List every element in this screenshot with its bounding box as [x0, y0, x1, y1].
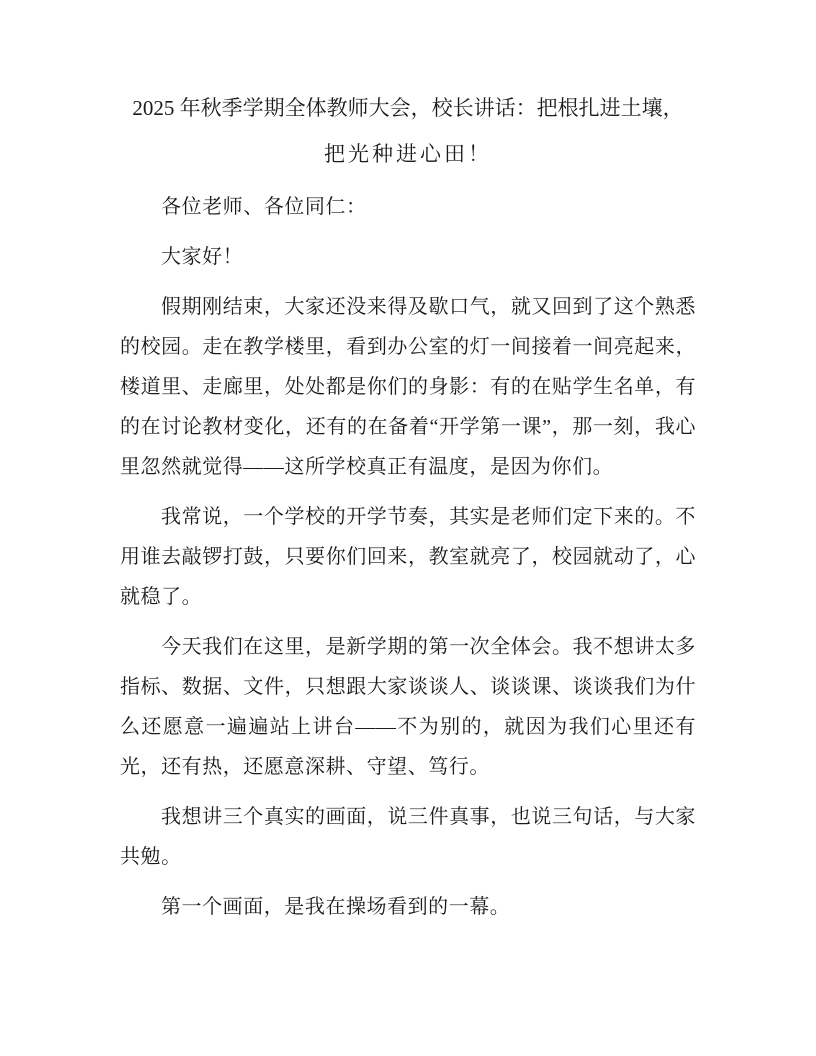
salutation-paragraph: 各位老师、各位同仁：: [120, 187, 696, 227]
document-page: 2025 年秋季学期全体教师大会，校长讲话：把根扎进土壤， 把光种进心田！ 各位…: [120, 0, 696, 927]
body-paragraph-campus-scene: 假期刚结束，大家还没来得及歇口气，就又回到了这个熟悉的校园。走在教学楼里，看到办…: [120, 287, 696, 487]
body-paragraph-school-rhythm: 我常说，一个学校的开学节奏，其实是老师们定下来的。不用谁去敲锣打鼓，只要你们回来…: [120, 497, 696, 617]
body-paragraph-meeting-purpose: 今天我们在这里，是新学期的第一次全体会。我不想讲太多指标、数据、文件，只想跟大家…: [120, 627, 696, 787]
greeting-paragraph: 大家好！: [120, 237, 696, 277]
document-title: 2025 年秋季学期全体教师大会，校长讲话：把根扎进土壤， 把光种进心田！: [120, 85, 696, 177]
document-title-line-1: 2025 年秋季学期全体教师大会，校长讲话：把根扎进土壤，: [120, 85, 696, 131]
body-paragraph-three-scenes-intro: 我想讲三个真实的画面，说三件真事，也说三句话，与大家共勉。: [120, 797, 696, 877]
document-title-line-2: 把光种进心田！: [120, 131, 696, 177]
body-paragraph-first-scene: 第一个画面，是我在操场看到的一幕。: [120, 887, 696, 927]
document-body: 各位老师、各位同仁： 大家好！ 假期刚结束，大家还没来得及歇口气，就又回到了这个…: [120, 187, 696, 927]
